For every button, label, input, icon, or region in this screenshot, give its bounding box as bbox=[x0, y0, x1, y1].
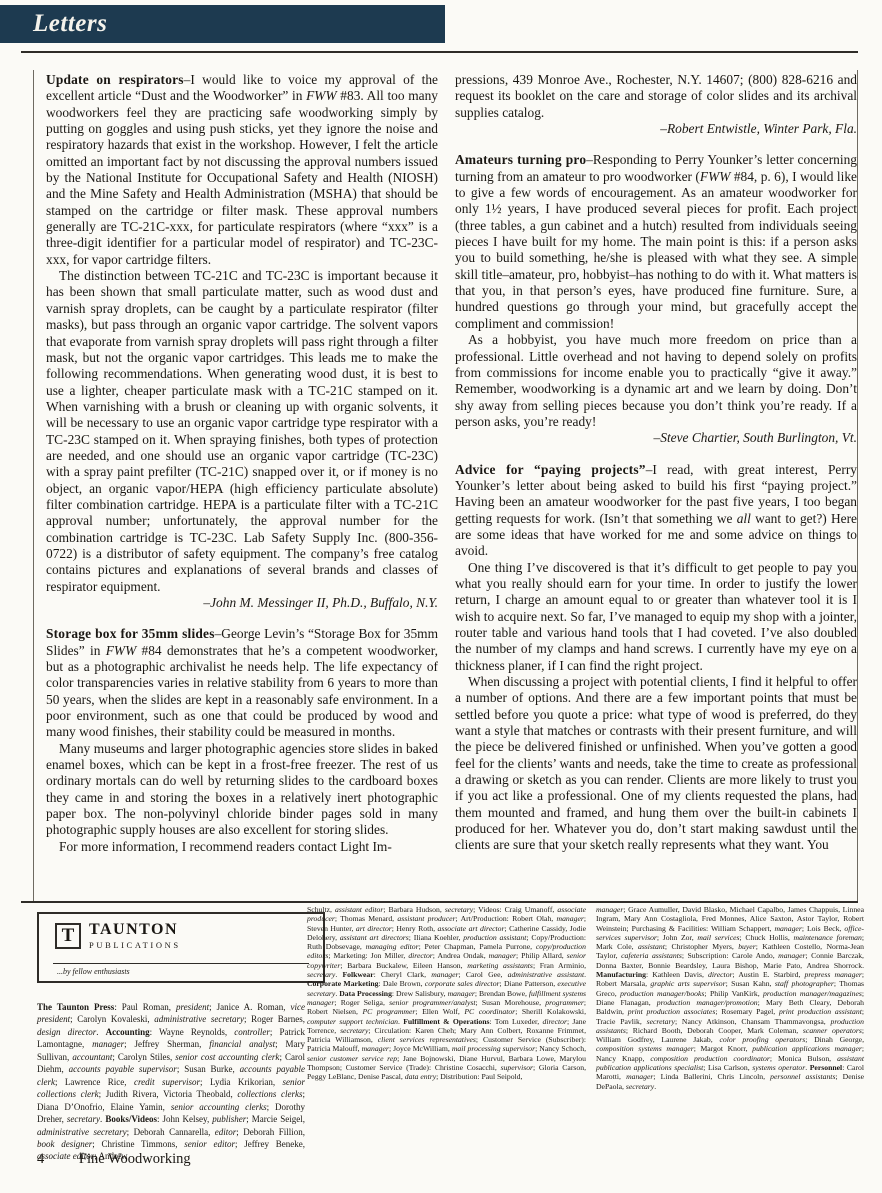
section-header-bar: Letters bbox=[0, 5, 445, 43]
page-footer: 4 Fine Woodworking bbox=[37, 1151, 191, 1168]
logo-initial: T bbox=[62, 925, 75, 947]
logo-subname: PUBLICATIONS bbox=[89, 940, 181, 950]
letter-paragraph: Update on respirators–I would like to vo… bbox=[46, 72, 438, 268]
logo-name: TAUNTON bbox=[89, 921, 181, 939]
letter-paragraph: Many museums and larger photographic age… bbox=[46, 741, 438, 839]
magazine-name: Fine Woodworking bbox=[79, 1151, 191, 1167]
logo-divider bbox=[53, 963, 309, 964]
letters-column-right: pressions, 439 Monroe Ave., Rochester, N… bbox=[455, 72, 857, 854]
letter-paragraph: Storage box for 35mm slides–George Levin… bbox=[46, 626, 438, 740]
magazine-page: { "page": { "header": { "title": "Letter… bbox=[0, 0, 882, 1193]
masthead-rule bbox=[21, 901, 858, 903]
left-margin-rule bbox=[33, 70, 34, 901]
letter-paragraph: The distinction between TC-21C and TC-23… bbox=[46, 268, 438, 595]
letters-column-left: Update on respirators–I would like to vo… bbox=[46, 72, 438, 855]
header-rule bbox=[21, 51, 858, 53]
page-title: Letters bbox=[33, 10, 107, 38]
staff-list-right: manager; Grace Aumuller, David Blasko, M… bbox=[596, 905, 864, 1091]
letter-paragraph: As a hobbyist, you have much more freedo… bbox=[455, 332, 857, 430]
staff-list-middle: Schultz, assistant editor; Barbara Hudso… bbox=[307, 905, 586, 1082]
logo-wordmark: T TAUNTON PUBLICATIONS bbox=[51, 921, 311, 950]
letter-signature: –Steve Chartier, South Burlington, Vt. bbox=[455, 430, 857, 446]
logo-words: TAUNTON PUBLICATIONS bbox=[89, 921, 181, 950]
letter-paragraph: Amateurs turning pro–Responding to Perry… bbox=[455, 152, 857, 332]
letter-paragraph: One thing I’ve discovered is that it’s d… bbox=[455, 560, 857, 674]
letter-paragraph: For more information, I recommend reader… bbox=[46, 839, 438, 855]
masthead-column-left: T TAUNTON PUBLICATIONS ...by fellow enth… bbox=[37, 912, 325, 1163]
logo-tagline: ...by fellow enthusiasts bbox=[51, 967, 311, 976]
letter-signature: –Robert Entwistle, Winter Park, Fla. bbox=[455, 121, 857, 137]
staff-list-left: The Taunton Press: Paul Roman, president… bbox=[37, 1001, 305, 1163]
taunton-t-icon: T bbox=[55, 923, 81, 949]
letter-paragraph: When discussing a project with potential… bbox=[455, 674, 857, 854]
letter-signature: –John M. Messinger II, Ph.D., Buffalo, N… bbox=[46, 595, 438, 611]
right-margin-rule bbox=[857, 70, 858, 901]
letter-paragraph: pressions, 439 Monroe Ave., Rochester, N… bbox=[455, 72, 857, 121]
taunton-publications-logo: T TAUNTON PUBLICATIONS ...by fellow enth… bbox=[37, 912, 325, 983]
letter-paragraph: Advice for “paying projects”–I read, wit… bbox=[455, 462, 857, 560]
page-number: 4 bbox=[37, 1151, 44, 1167]
